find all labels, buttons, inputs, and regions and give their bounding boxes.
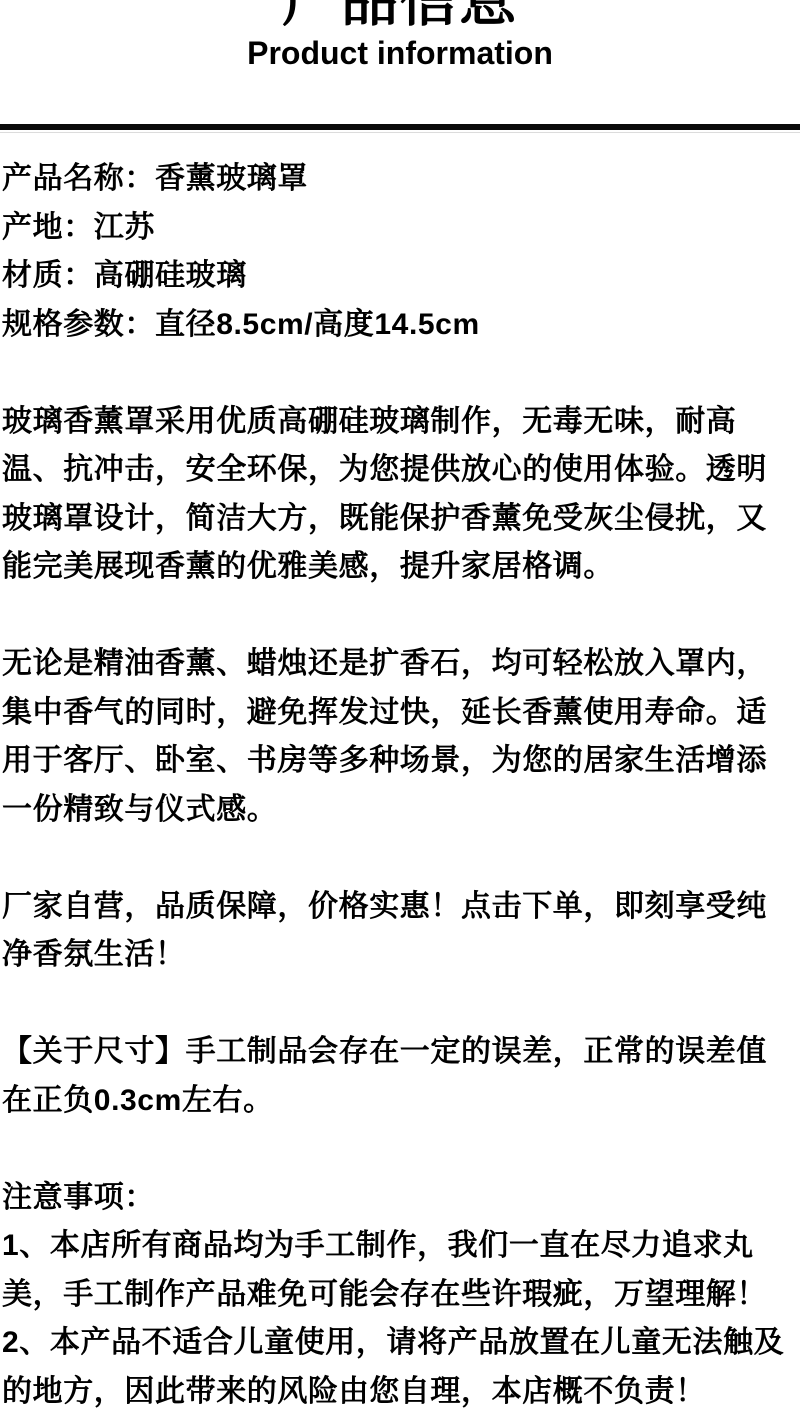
spec-row: 产地：江苏 bbox=[2, 204, 796, 253]
description-paragraph-promo: 厂家自营，品质保障，价格实惠！点击下单，即刻享受纯净香氛生活！ bbox=[2, 883, 796, 980]
note-item: 1、本店所有商品均为手工制作，我们一直在尽力追求丸美，手工制作产品难免可能会存在… bbox=[2, 1222, 796, 1319]
spec-list: 产品名称：香薰玻璃罩产地：江苏材质：高硼硅玻璃规格参数：直径8.5cm/高度14… bbox=[2, 155, 796, 349]
page-title: 产品信息 bbox=[0, 0, 800, 30]
description-paragraph-material: 玻璃香薰罩采用优质高硼硅玻璃制作，无毒无味，耐高温、抗冲击，安全环保，为您提供放… bbox=[2, 398, 796, 592]
page-subtitle: Product information bbox=[0, 37, 800, 69]
product-description: 产品名称：香薰玻璃罩产地：江苏材质：高硼硅玻璃规格参数：直径8.5cm/高度14… bbox=[0, 133, 800, 1416]
note-item: 2、本产品不适合儿童使用，请将产品放置在儿童无法触及的地方，因此带来的风险由您自… bbox=[2, 1319, 796, 1416]
description-paragraph-usage: 无论是精油香薰、蜡烛还是扩香石，均可轻松放入罩内，集中香气的同时，避免挥发过快，… bbox=[2, 640, 796, 834]
notes-section: 注意事项： 1、本店所有商品均为手工制作，我们一直在尽力追求丸美，手工制作产品难… bbox=[2, 1174, 796, 1417]
notes-heading: 注意事项： bbox=[2, 1174, 796, 1223]
section-divider bbox=[0, 124, 800, 130]
spec-row: 材质：高硼硅玻璃 bbox=[2, 252, 796, 301]
page-header: 产品信息 Product information bbox=[0, 0, 800, 69]
description-paragraph-size-tolerance: 【关于尺寸】手工制品会存在一定的误差，正常的误差值在正负0.3cm左右。 bbox=[2, 1028, 796, 1125]
notes-list: 1、本店所有商品均为手工制作，我们一直在尽力追求丸美，手工制作产品难免可能会存在… bbox=[2, 1222, 796, 1416]
spec-row: 产品名称：香薰玻璃罩 bbox=[2, 155, 796, 204]
spec-row: 规格参数：直径8.5cm/高度14.5cm bbox=[2, 301, 796, 350]
product-info-page: 产品信息 Product information 产品名称：香薰玻璃罩产地：江苏… bbox=[0, 0, 800, 1419]
